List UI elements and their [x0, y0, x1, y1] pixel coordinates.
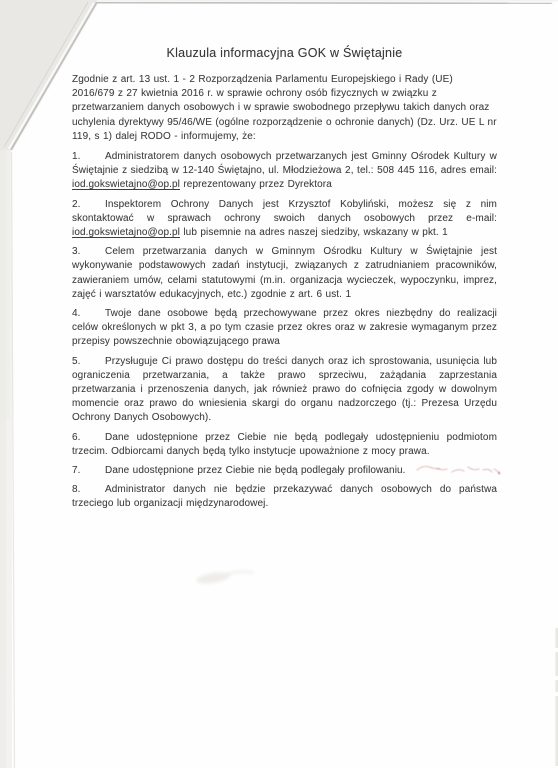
paragraph-text: Dane udostępnione przez Ciebie nie będą …	[72, 432, 497, 457]
document-title: Klauzula informacyjna GOK w Świętajnie	[72, 45, 497, 61]
numbered-paragraph: 8.Administrator danych nie będzie przeka…	[72, 483, 497, 511]
item-number: 5.	[72, 355, 105, 369]
paragraph-text: lub pisemnie na adres naszej siedziby, w…	[180, 227, 448, 238]
item-number: 7.	[72, 464, 105, 478]
paragraph-text: Inspektorem Ochrony Danych jest Krzyszto…	[72, 199, 497, 224]
email-link-text: iod.gokswietajno@op.pl	[72, 227, 180, 238]
paragraph-text: Dane udostępnione przez Ciebie nie będą …	[105, 465, 406, 476]
paragraph-text: reprezentowany przez Dyrektora	[180, 179, 332, 190]
scanned-document-page: Klauzula informacyjna GOK w Świętajnie Z…	[0, 0, 558, 768]
paragraph-text: Celem przetwarzania danych w Gminnym Ośr…	[72, 246, 497, 300]
intro-paragraph: Zgodnie z art. 13 ust. 1 - 2 Rozporządze…	[72, 73, 497, 144]
numbered-paragraph: 5.Przysługuje Ci prawo dostępu do treści…	[72, 355, 497, 426]
item-number: 2.	[72, 198, 105, 212]
paragraph-text: Przysługuje Ci prawo dostępu do treści d…	[72, 356, 497, 424]
numbered-paragraph: 4.Twoje dane osobowe będą przechowywane …	[72, 307, 497, 350]
items-list: 1.Administratorem danych osobowych przet…	[72, 150, 497, 512]
numbered-paragraph: 1.Administratorem danych osobowych przet…	[72, 150, 497, 193]
document-content: Klauzula informacyjna GOK w Świętajnie Z…	[0, 0, 558, 517]
numbered-paragraph: 2.Inspektorem Ochrony Danych jest Krzysz…	[72, 198, 497, 241]
email-link-text: iod.gokswietajno@op.pl	[72, 179, 180, 190]
item-number: 4.	[72, 307, 105, 321]
numbered-paragraph: 6.Dane udostępnione przez Ciebie nie będ…	[72, 431, 497, 459]
item-number: 6.	[72, 431, 105, 445]
numbered-paragraph: 3.Celem przetwarzania danych w Gminnym O…	[72, 245, 497, 302]
gray-smudge-artifact	[195, 570, 254, 585]
paragraph-text: Twoje dane osobowe będą przechowywane pr…	[72, 308, 497, 347]
paragraph-text: Administratorem danych osobowych przetwa…	[72, 151, 497, 176]
numbered-paragraph: 7.Dane udostępnione przez Ciebie nie będ…	[72, 464, 497, 478]
item-number: 1.	[72, 150, 105, 164]
paragraph-text: Administrator danych nie będzie przekazy…	[72, 484, 497, 509]
item-number: 8.	[72, 483, 105, 497]
item-number: 3.	[72, 245, 105, 259]
